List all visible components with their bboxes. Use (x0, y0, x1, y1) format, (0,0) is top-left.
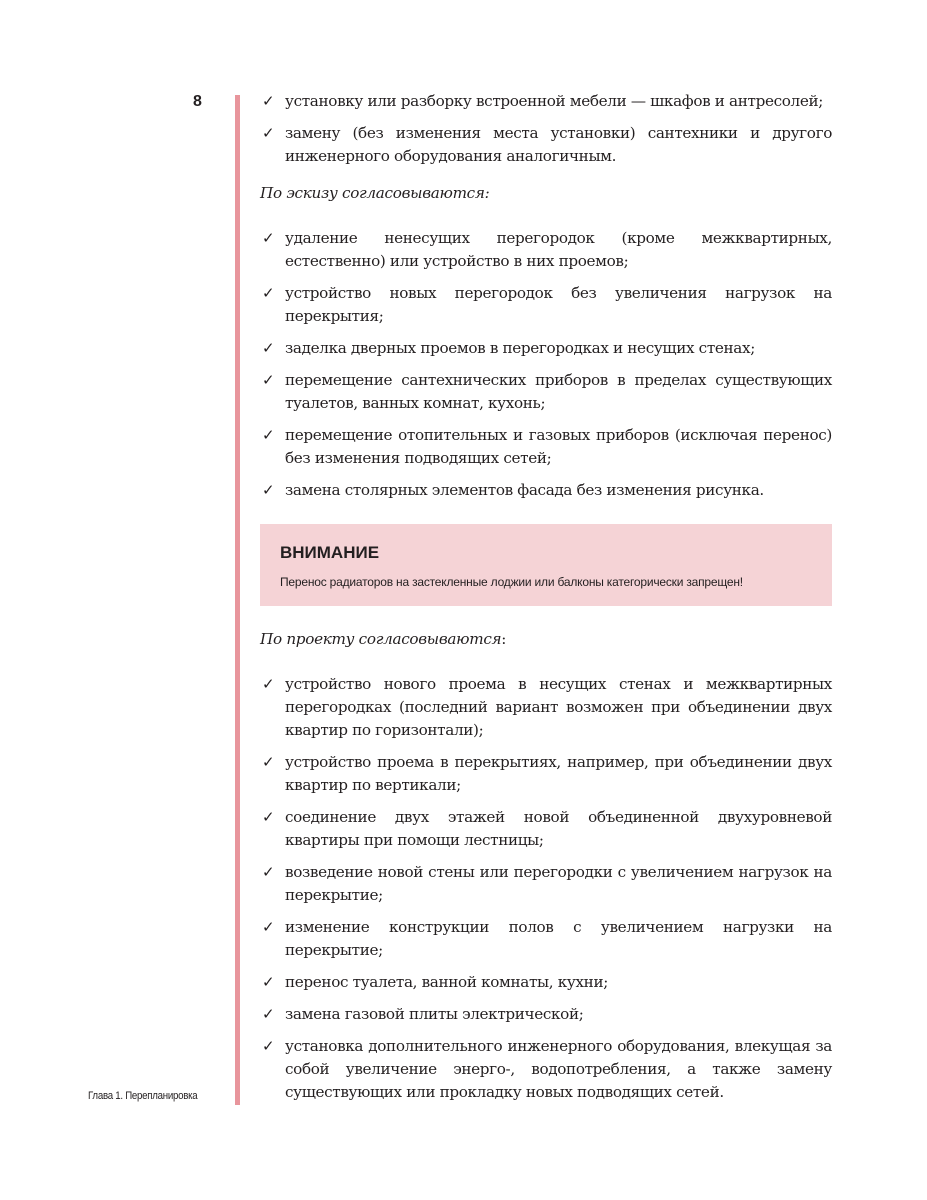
check-icon: ✓ (262, 282, 274, 305)
check-icon: ✓ (262, 806, 274, 829)
check-icon: ✓ (262, 916, 274, 939)
list-item: ✓заделка дверных проемов в перегородках … (260, 337, 832, 360)
list-item: ✓перенос туалета, ванной комнаты, кухни; (260, 971, 832, 994)
list-item: ✓удаление ненесущих перегородок (кроме м… (260, 227, 832, 273)
list-item: ✓соединение двух этажей новой объединенн… (260, 806, 832, 852)
list-top: ✓установку или разборку встроенной мебел… (260, 90, 832, 168)
sketch-list: ✓удаление ненесущих перегородок (кроме м… (260, 227, 832, 502)
list-item: ✓перемещение отопительных и газовых приб… (260, 424, 832, 470)
list-item: ✓замена газовой плиты электрической; (260, 1003, 832, 1026)
running-footer: Глава 1. Перепланировка (88, 1090, 197, 1102)
list-item: ✓установка дополнительного инженерного о… (260, 1035, 832, 1104)
list-item: ✓устройство проема в перекрытиях, наприм… (260, 751, 832, 797)
check-icon: ✓ (262, 369, 274, 392)
check-icon: ✓ (262, 751, 274, 774)
check-icon: ✓ (262, 861, 274, 884)
callout-title: ВНИМАНИЕ (280, 542, 812, 564)
check-icon: ✓ (262, 1035, 274, 1058)
list-item: ✓устройство нового проема в несущих стен… (260, 673, 832, 742)
list-item: ✓изменение конструкции полов с увеличени… (260, 916, 832, 962)
check-icon: ✓ (262, 424, 274, 447)
margin-accent-bar (235, 95, 240, 1105)
check-icon: ✓ (262, 673, 274, 696)
list-item: ✓устройство новых перегородок без увелич… (260, 282, 832, 328)
list-item: ✓замена столярных элементов фасада без и… (260, 479, 832, 502)
check-icon: ✓ (262, 227, 274, 250)
check-icon: ✓ (262, 122, 274, 145)
project-heading: По проекту согласовываются: (260, 628, 832, 651)
warning-callout: ВНИМАНИЕ Перенос радиаторов на застеклен… (260, 524, 832, 606)
check-icon: ✓ (262, 90, 274, 113)
callout-body: Перенос радиаторов на застекленные лоджи… (280, 574, 812, 590)
list-item: ✓возведение новой стены или перегородки … (260, 861, 832, 907)
list-item: ✓установку или разборку встроенной мебел… (260, 90, 832, 113)
list-item: ✓перемещение сантехнических приборов в п… (260, 369, 832, 415)
check-icon: ✓ (262, 479, 274, 502)
check-icon: ✓ (262, 971, 274, 994)
sketch-heading: По эскизу согласовываются: (260, 182, 832, 205)
page-number: 8 (193, 93, 202, 111)
project-list: ✓устройство нового проема в несущих стен… (260, 673, 832, 1104)
check-icon: ✓ (262, 337, 274, 360)
page-content: ✓установку или разборку встроенной мебел… (260, 90, 832, 1113)
list-item: ✓замену (без изменения места установки) … (260, 122, 832, 168)
check-icon: ✓ (262, 1003, 274, 1026)
